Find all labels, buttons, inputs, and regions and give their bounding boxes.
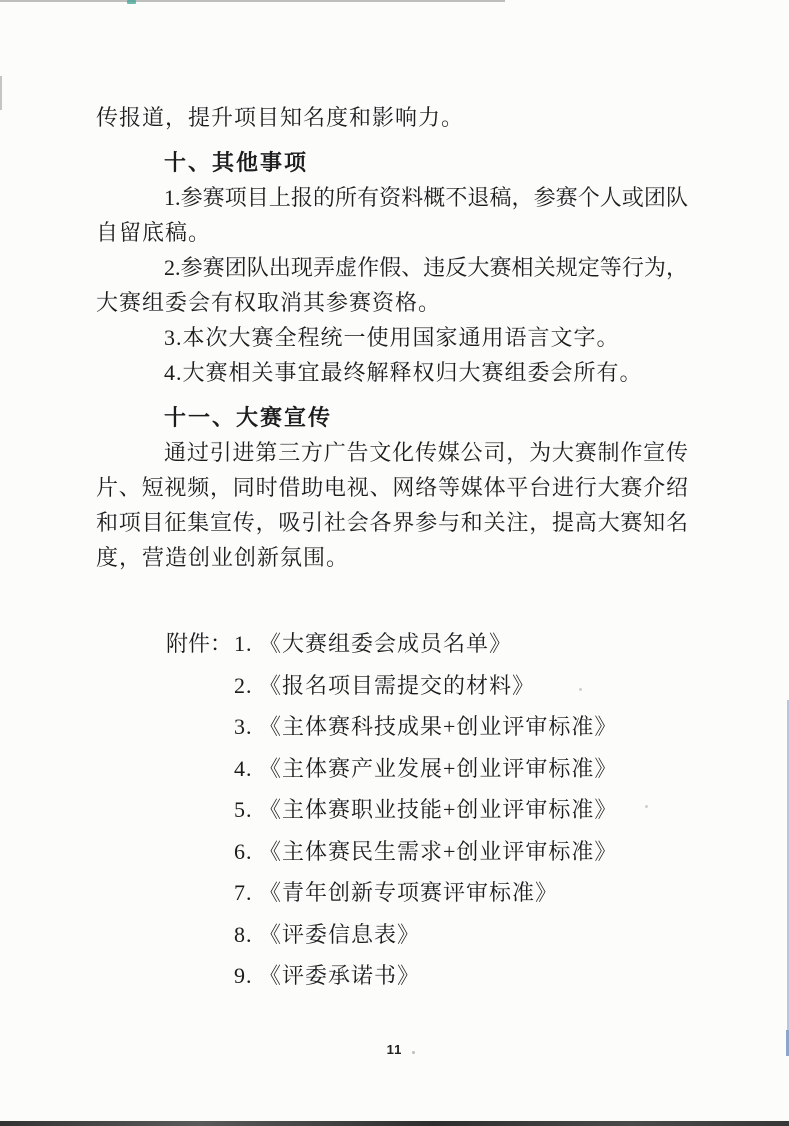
document-body: 传报道，提升项目知名度和影响力。 十、其他事项 1.参赛项目上报的所有资料概不退… bbox=[96, 100, 688, 997]
scan-artifact-top-speck bbox=[127, 0, 136, 4]
attachment-row: 4. 《主体赛产业发展+创业评审标准》 bbox=[166, 748, 688, 790]
attachment-item: 5. 《主体赛职业技能+创业评审标准》 bbox=[234, 797, 617, 822]
section-heading-eleven: 十一、大赛宣传 bbox=[96, 400, 688, 435]
attachment-row: 7. 《青年创新专项赛评审标准》 bbox=[166, 872, 688, 914]
scan-artifact-top-line bbox=[0, 0, 505, 2]
attachment-row: 2. 《报名项目需提交的材料》 bbox=[166, 665, 688, 707]
scan-artifact-left-mark bbox=[0, 76, 2, 110]
text-line-item1-b: 自留底稿。 bbox=[96, 215, 688, 250]
attachment-list: 附件：1. 《大赛组委会成员名单》 2. 《报名项目需提交的材料》 3. 《主体… bbox=[96, 623, 688, 997]
attachment-item: 9. 《评委承诺书》 bbox=[234, 963, 420, 988]
attachment-item: 6. 《主体赛民生需求+创业评审标准》 bbox=[234, 839, 617, 864]
text-line-item3: 3.本次大赛全程统一使用国家通用语言文字。 bbox=[96, 320, 688, 355]
attachment-row: 5. 《主体赛职业技能+创业评审标准》 bbox=[166, 789, 688, 831]
attachment-row: 3. 《主体赛科技成果+创业评审标准》 bbox=[166, 706, 688, 748]
text-line-para-d: 度，营造创业创新氛围。 bbox=[96, 540, 688, 575]
attachment-row: 附件：1. 《大赛组委会成员名单》 bbox=[166, 623, 688, 665]
text-line-item2-b: 大赛组委会有权取消其参赛资格。 bbox=[96, 285, 688, 320]
text-line-intro: 传报道，提升项目知名度和影响力。 bbox=[96, 100, 688, 135]
text-line-para-a: 通过引进第三方广告文化传媒公司，为大赛制作宣传 bbox=[96, 435, 688, 470]
text-line-para-b: 片、短视频，同时借助电视、网络等媒体平台进行大赛介绍 bbox=[96, 470, 688, 505]
text-line-para-c: 和项目征集宣传，吸引社会各界参与和关注，提高大赛知名 bbox=[96, 505, 688, 540]
text-line-item4: 4.大赛相关事宜最终解释权归大赛组委会所有。 bbox=[96, 355, 688, 390]
attachment-row: 8. 《评委信息表》 bbox=[166, 914, 688, 956]
document-page: 传报道，提升项目知名度和影响力。 十、其他事项 1.参赛项目上报的所有资料概不退… bbox=[0, 0, 789, 1126]
attachment-item: 2. 《报名项目需提交的材料》 bbox=[234, 673, 535, 698]
attachment-row: 6. 《主体赛民生需求+创业评审标准》 bbox=[166, 831, 688, 873]
page-number: 11 bbox=[0, 1042, 789, 1057]
attachment-item: 3. 《主体赛科技成果+创业评审标准》 bbox=[234, 714, 617, 739]
text-line-item2-a: 2.参赛团队出现弄虚作假、违反大赛相关规定等行为， bbox=[96, 250, 688, 285]
scan-artifact-bottom-line bbox=[0, 1121, 789, 1126]
attachment-item: 1. 《大赛组委会成员名单》 bbox=[234, 631, 512, 656]
section-heading-ten: 十、其他事项 bbox=[96, 145, 688, 180]
attachment-item: 8. 《评委信息表》 bbox=[234, 922, 420, 947]
attachment-item: 7. 《青年创新专项赛评审标准》 bbox=[234, 880, 558, 905]
attachment-label: 附件： bbox=[166, 631, 232, 656]
attachment-row: 9. 《评委承诺书》 bbox=[166, 955, 688, 997]
attachment-item: 4. 《主体赛产业发展+创业评审标准》 bbox=[234, 756, 617, 781]
text-line-item1-a: 1.参赛项目上报的所有资料概不退稿，参赛个人或团队 bbox=[96, 180, 688, 215]
